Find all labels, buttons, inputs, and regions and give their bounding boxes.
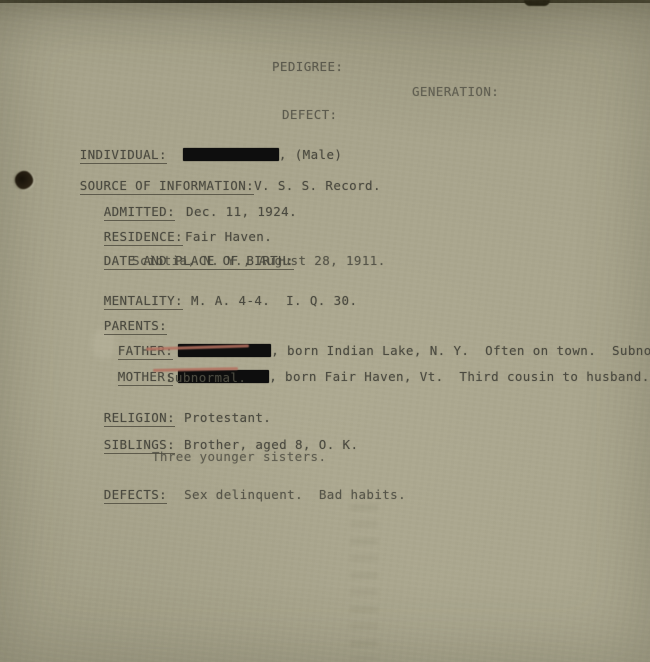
defects-label: DEFECTS: xyxy=(104,487,167,504)
mother-value: , born Fair Haven, Vt. Third cousin to h… xyxy=(269,369,649,384)
individual-label: INDIVIDUAL: xyxy=(80,147,167,164)
field-mother-line2: Subnormal. xyxy=(167,371,246,385)
field-defects: DEFECTS:Sex delinquent. Bad habits. xyxy=(72,474,406,516)
field-birth-value: Sciotia, N. Y., August 28, 1911. xyxy=(132,254,386,268)
field-siblings-line2: Three younger sisters. xyxy=(152,450,326,464)
mentality-value: M. A. 4-4. I. Q. 30. xyxy=(191,293,357,308)
mother-label: MOTHER: xyxy=(118,369,173,386)
defects-value: Sex delinquent. Bad habits. xyxy=(184,487,406,502)
generation-heading: GENERATION: xyxy=(412,85,499,99)
defect-heading: DEFECT: xyxy=(282,108,337,122)
religion-value: Protestant. xyxy=(184,410,271,425)
redaction-box-individual xyxy=(183,148,279,161)
paper-top-notch xyxy=(524,0,550,6)
pedigree-record-scan: PEDIGREE: GENERATION: DEFECT: INDIVIDUAL… xyxy=(0,0,650,662)
paper-top-edge xyxy=(0,0,650,3)
punch-hole-ink-blot xyxy=(13,169,35,191)
bleed-through-marks xyxy=(350,504,378,660)
pedigree-heading: PEDIGREE: xyxy=(272,60,343,74)
individual-value: , (Male) xyxy=(279,147,342,162)
